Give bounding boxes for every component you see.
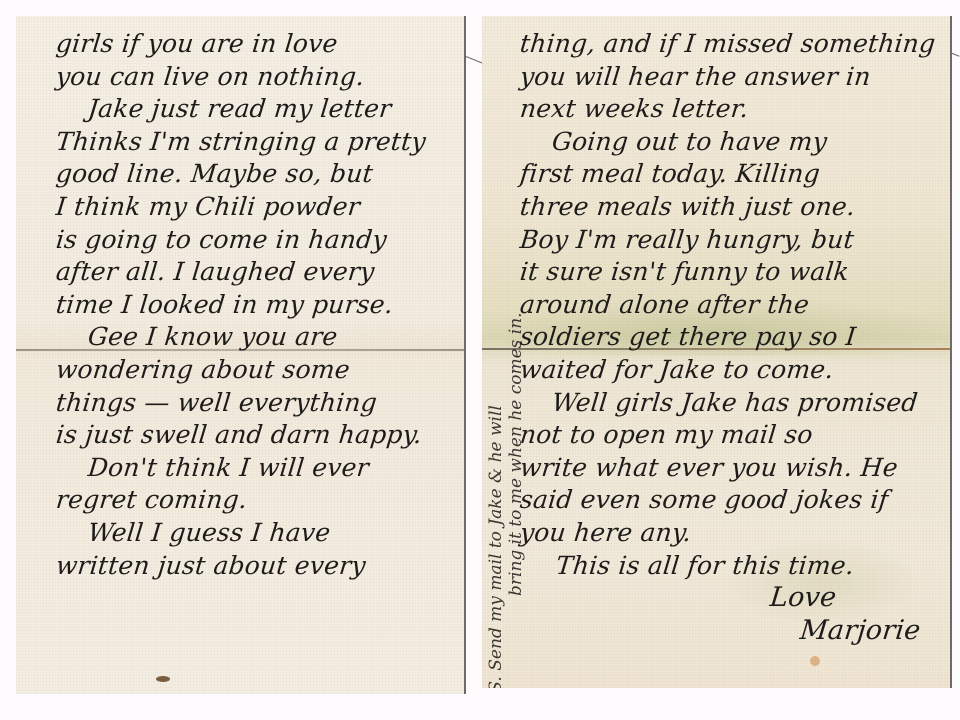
letter-line: you here any.	[518, 517, 939, 550]
letter-line: thing, and if I missed something	[518, 28, 939, 61]
letter-line: three meals with just one.	[518, 191, 939, 224]
letter-line: written just about every	[54, 550, 451, 583]
letter-line: Don't think I will ever	[54, 452, 451, 485]
letter-line: Well girls Jake has promised	[518, 387, 939, 420]
rust-spot	[810, 656, 820, 666]
closing-salutation: Love	[518, 582, 939, 615]
letter-body: thing, and if I missed something you wil…	[520, 28, 938, 647]
letter-line: girls if you are in love	[54, 28, 451, 61]
letter-line: Boy I'm really hungry, but	[518, 224, 939, 257]
letter-line: waited for Jake to come.	[518, 354, 939, 387]
letter-line: This is all for this time.	[518, 550, 939, 583]
letter-line: Jake just read my letter	[54, 93, 451, 126]
letter-line: Going out to have my	[518, 126, 939, 159]
letter-line: next weeks letter.	[518, 93, 939, 126]
letter-line: not to open my mail so	[518, 419, 939, 452]
ps-note-line-1: P.S. Send my mail to Jake & he will	[486, 405, 506, 688]
letter-line: soldiers get there pay so I	[518, 321, 939, 354]
letter-line: Thinks I'm stringing a pretty	[54, 126, 451, 159]
signature: Marjorie	[518, 615, 939, 648]
letter-line: said even some good jokes if	[518, 484, 939, 517]
letter-line: things — well everything	[54, 387, 451, 420]
letter-line: Well I guess I have	[54, 517, 451, 550]
letter-line: Gee I know you are	[54, 321, 451, 354]
letter-line: is going to come in handy	[54, 224, 451, 257]
letter-line: wondering about some	[54, 354, 451, 387]
letter-page-left: girls if you are in love you can live on…	[16, 16, 466, 694]
letter-line: around alone after the	[518, 289, 939, 322]
letter-line: is just swell and darn happy.	[54, 419, 451, 452]
letter-line: after all. I laughed every	[54, 256, 451, 289]
letter-line: time I looked in my purse.	[54, 289, 451, 322]
letter-line: I think my Chili powder	[54, 191, 451, 224]
letter-line: first meal today. Killing	[518, 158, 939, 191]
letter-line: you will hear the answer in	[518, 61, 939, 94]
letter-line: write what ever you wish. He	[518, 452, 939, 485]
letter-line: good line. Maybe so, but	[54, 158, 451, 191]
paper-stain	[156, 676, 170, 682]
letter-line: you can live on nothing.	[54, 61, 451, 94]
letter-line: it sure isn't funny to walk	[518, 256, 939, 289]
letter-line: regret coming.	[54, 484, 451, 517]
letter-body: girls if you are in love you can live on…	[56, 28, 450, 582]
letter-scan: girls if you are in love you can live on…	[0, 0, 960, 720]
letter-page-right: P.S. Send my mail to Jake & he will brin…	[482, 16, 952, 688]
